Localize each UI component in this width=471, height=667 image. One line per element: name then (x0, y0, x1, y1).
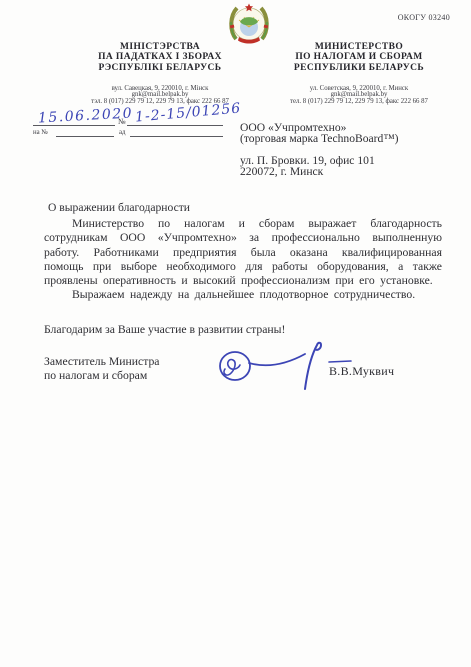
recipient-trademark: (торговая марка TechnoBoard™) (240, 133, 399, 144)
subject-line: О выражении благодарности (48, 201, 190, 214)
ministry-title-ru-line: МИНИСТЕРСТВО (250, 42, 468, 52)
signer-position-line: Заместитель Министра (44, 355, 159, 369)
signer-position: Заместитель Министра по налогам и сборам (44, 355, 159, 383)
scanned-letter-page: ОКОГУ 03240 МІНІСТЭРСТВА ПА ПАДАТКАХ І З… (0, 0, 471, 667)
ministry-title-ru-line: РЕСПУБЛИКИ БЕЛАРУСЬ (250, 63, 468, 73)
ministry-title-by-line: РЭСПУБЛІКІ БЕЛАРУСЬ (50, 63, 270, 73)
body-paragraph-2: Выражаем надежду на дальнейшее плодотвор… (44, 288, 442, 302)
ministry-phone-ru: тел. 8 (017) 229 79 12, 229 79 13, факс … (250, 99, 468, 106)
recipient-block: ООО «Учпромтехно» (торговая марка Techno… (240, 122, 399, 178)
reply-date-underline (130, 136, 223, 137)
letterhead-belarusian: МІНІСТЭРСТВА ПА ПАДАТКАХ І ЗБОРАХ РЭСПУБ… (50, 42, 270, 106)
body-paragraph-1: Министерство по налогам и сборам выражае… (44, 217, 442, 288)
ministry-title-ru-line: ПО НАЛОГАМ И СБОРАМ (250, 52, 468, 62)
letterhead-russian: МИНИСТЕРСТВО ПО НАЛОГАМ И СБОРАМ РЕСПУБЛ… (250, 42, 468, 106)
letter-body: Министерство по налогам и сборам выражае… (44, 217, 442, 303)
reply-date-label: ад (119, 129, 125, 136)
number-sign-label: № (118, 117, 126, 126)
number-underline (127, 125, 223, 126)
reply-number-underline (56, 136, 114, 137)
signer-position-line: по налогам и сборам (44, 369, 159, 383)
belarus-coat-of-arms-icon (226, 1, 272, 47)
ministry-title-by-line: МІНІСТЭРСТВА (50, 42, 270, 52)
closing-line: Благодарим за Ваше участие в развитии ст… (44, 323, 285, 336)
date-underline (33, 125, 115, 126)
ministry-title-by-line: ПА ПАДАТКАХ І ЗБОРАХ (50, 52, 270, 62)
okogu-code: ОКОГУ 03240 (398, 13, 450, 22)
signer-name: В.В.Муквич (329, 364, 394, 379)
recipient-city: 220072, г. Минск (240, 166, 399, 177)
reply-number-label: на № (33, 129, 48, 136)
